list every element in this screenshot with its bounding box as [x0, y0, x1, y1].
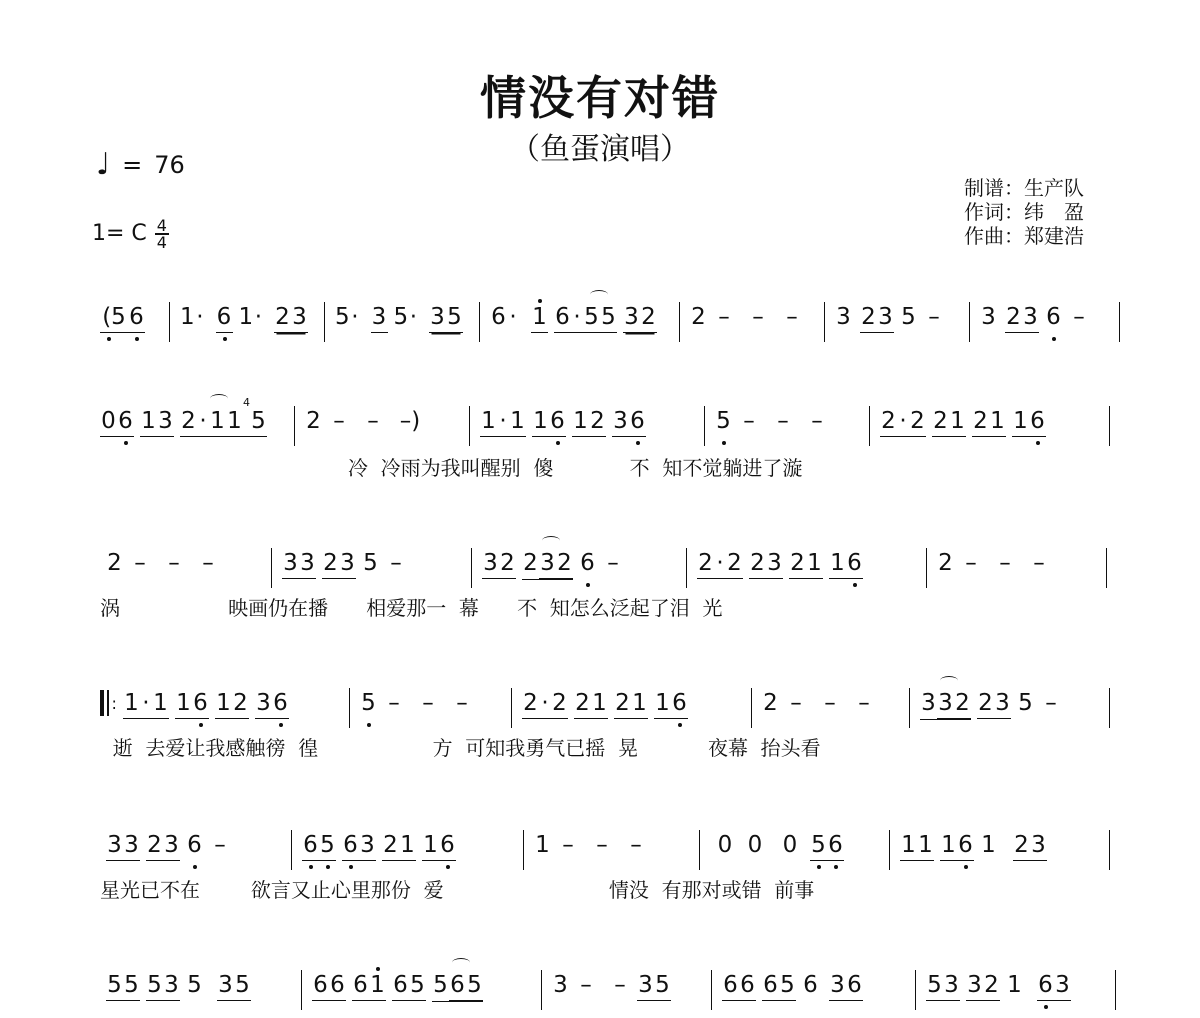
staff-line-1: (5 6 1 · 6 1 · 2 3 5 · 3 5 · 3 5 6 · 1 — [100, 302, 1120, 342]
note: 6 — [329, 970, 346, 1000]
note: 5 — [779, 970, 796, 1000]
measure: 6 6 6 1 6 5 5 6 5 — [302, 970, 542, 1010]
rest: 0 — [740, 830, 770, 860]
note-group: 2 3 — [1013, 830, 1047, 861]
note: 3 — [163, 970, 180, 1000]
credit-composer: 作曲：郑建浩 — [964, 224, 1084, 248]
note: 6 — [549, 406, 566, 436]
note-group: 5 6 5 — [432, 970, 483, 1002]
credit-value: 郑建浩 — [1024, 224, 1084, 248]
note: 6 — [449, 970, 466, 1001]
extension-dash: – — [707, 302, 741, 332]
note: 2 — [690, 302, 707, 332]
note-group: 3 5 — [429, 302, 463, 333]
note-group: 3 — [371, 302, 388, 333]
note: 3 — [1022, 302, 1039, 332]
note: 5 — [234, 970, 251, 1000]
note: 1 — [422, 830, 439, 860]
measure: 2 – – – — [927, 548, 1107, 588]
measure: 1 – – – — [524, 830, 700, 870]
note: 2 — [640, 302, 657, 332]
note: 3 — [835, 302, 852, 332]
augmentation-dot: · — [571, 302, 583, 332]
extension-dash: – — [847, 688, 881, 718]
measure: 1 · 1 1 6 1 2 3 6 — [470, 406, 705, 446]
extension-dash: – — [1022, 548, 1056, 578]
note-high: 1 — [531, 302, 548, 332]
note-group: 2 3 — [860, 302, 894, 333]
note-group: 6 6 — [722, 970, 756, 1001]
note: 2 — [726, 548, 743, 578]
slur-mark — [940, 676, 958, 685]
note: 3 — [766, 548, 783, 578]
measure: 5 – – – — [350, 688, 512, 728]
note-group: 1 · 1 — [480, 406, 526, 437]
note: 5 — [583, 302, 600, 332]
extension-dash: – — [813, 688, 847, 718]
note: (5 — [100, 302, 128, 332]
note: 3 — [299, 548, 316, 578]
note: 2 — [574, 688, 591, 718]
lyrics-line-2: 冷 冷雨为我叫醒别 傻 不 知不觉躺进了漩 — [100, 452, 1120, 481]
note: 6 — [272, 688, 289, 718]
note-group: 3 3 — [106, 830, 140, 861]
note: 3 — [829, 970, 846, 1000]
note: 2 — [232, 688, 249, 718]
note: 6 — [128, 302, 145, 332]
note: 1 — [215, 688, 232, 718]
note: 6 — [1029, 406, 1046, 436]
extension-dash: – — [766, 406, 800, 436]
measure: 5 · 3 5 · 3 5 — [325, 302, 480, 342]
augmentation-dot: · — [197, 406, 209, 436]
note: 2 — [909, 406, 926, 436]
rest: 0 — [770, 830, 810, 860]
measure: 2 – – – — [752, 688, 910, 728]
note-group: 1 6 — [940, 830, 974, 861]
time-signature: 4 4 — [155, 218, 169, 250]
note-group: 2 1 — [574, 688, 608, 719]
extension-dash: – — [157, 548, 191, 578]
note: 1 — [631, 688, 648, 718]
note: 5 — [810, 830, 827, 860]
augmentation-dot: · — [897, 406, 909, 436]
lyrics-line-4: 逝 去爱让我感触徬 徨 方 可知我勇气已摇 晃 夜幕 抬头看 — [100, 732, 1120, 761]
note: 3 — [980, 302, 997, 332]
note: 2 — [589, 406, 606, 436]
note: 2 — [614, 688, 631, 718]
note: 6 — [302, 830, 319, 860]
note: 6 — [352, 970, 369, 1000]
note: 6 — [827, 830, 844, 860]
note-group: 3 6 — [255, 688, 289, 719]
staff-line-2: 0 6 1 3 2 · 1 1 4 5 2 – – –) 1 · 1 1 6 — [100, 406, 1120, 446]
note: 3 — [1030, 830, 1047, 860]
note: 1 — [829, 548, 846, 578]
extension-dash: – — [596, 548, 630, 578]
note: 2 — [880, 406, 897, 436]
note: 6 — [1037, 970, 1054, 1000]
extension-dash: – — [741, 302, 775, 332]
rest: 0 — [710, 830, 740, 860]
note: 1 — [239, 302, 254, 332]
measure: 5 5 5 3 5 3 5 — [100, 970, 302, 1010]
note-group: 2 1 — [382, 830, 416, 861]
augmentation-dot: · — [539, 688, 551, 718]
note: 5 — [362, 548, 379, 578]
note: 5 — [186, 970, 203, 1000]
tempo-marking: ♩ = 76 — [96, 150, 185, 180]
note: 5 — [360, 688, 377, 718]
extension-dash: – — [775, 302, 809, 332]
note-group: 3 3 2 — [920, 688, 971, 720]
note: 3 — [291, 302, 308, 332]
note: 6 — [186, 830, 203, 860]
note-group: 1 2 — [215, 688, 249, 719]
measure: 1 1 1 6 1 2 3 — [890, 830, 1110, 870]
note-group: 1 3 — [140, 406, 174, 437]
slur-mark — [542, 536, 560, 545]
note: 5 — [926, 970, 943, 1000]
note: 5 — [146, 970, 163, 1000]
note-group: 2 1 — [932, 406, 966, 437]
staff-line-6: 5 5 5 3 5 3 5 6 6 6 1 6 5 5 6 5 — [100, 970, 1120, 1010]
note-group: 2 · 2 — [522, 688, 568, 719]
note: 3 — [157, 406, 174, 436]
note: 5 — [600, 302, 617, 332]
note-group: 3 2 — [966, 970, 1000, 1001]
note: 2 — [522, 688, 539, 718]
augmentation-dot: · — [350, 302, 360, 332]
extension-dash: – — [322, 406, 356, 436]
note: 3 — [1054, 970, 1071, 1000]
note-group: 2 3 — [146, 830, 180, 861]
note: 3 — [123, 830, 140, 860]
note: 6 — [846, 970, 863, 1000]
note: 2 — [274, 302, 291, 332]
note: 1 — [1012, 406, 1029, 436]
note: 1 — [591, 688, 608, 718]
measure: 2 – – –) — [295, 406, 470, 446]
note: 3 — [612, 406, 629, 436]
note: 1 — [917, 830, 934, 860]
note: 6 — [846, 548, 863, 578]
measure: 0 6 1 3 2 · 1 1 4 5 — [100, 406, 295, 446]
note: 2 — [954, 688, 971, 719]
note-group: (5 6 — [100, 302, 145, 333]
extension-dash: – — [379, 548, 413, 578]
note: 2 — [556, 548, 573, 579]
tempo-bpm: 76 — [154, 151, 185, 179]
note: 3 — [877, 302, 894, 332]
extension-dash: – — [988, 548, 1022, 578]
note: 3 — [966, 970, 983, 1000]
note: 1 — [399, 830, 416, 860]
note: 6 — [439, 830, 456, 860]
extension-dash: – — [732, 406, 766, 436]
note: 5 — [250, 406, 267, 436]
note: 2 — [1013, 830, 1030, 860]
note-group: 3 5 — [217, 970, 251, 1001]
augmentation-dot: · — [507, 302, 519, 332]
note: 2 — [146, 830, 163, 860]
note: 3 — [937, 688, 954, 719]
note-group: 5 6 — [810, 830, 844, 861]
note: 1 — [1006, 970, 1023, 1000]
measure: 2 · 2 2 1 2 1 1 6 — [870, 406, 1110, 446]
note-group: 6 3 — [1037, 970, 1071, 1001]
note: 1 — [152, 688, 169, 718]
credit-label: 作词： — [964, 200, 1024, 224]
note: 5 — [446, 302, 463, 332]
extension-dash: – — [377, 688, 411, 718]
note: 2 — [972, 406, 989, 436]
note-group: 2 3 — [977, 688, 1011, 719]
note: 1 — [532, 406, 549, 436]
note: 3 — [429, 302, 446, 332]
note: 6 — [671, 688, 688, 718]
note: 2 — [937, 548, 954, 578]
note: 2 — [762, 688, 779, 718]
note: 6 — [957, 830, 974, 860]
note-group: 3 6 — [612, 406, 646, 437]
extension-dash: – — [569, 970, 603, 1000]
note: 6 — [579, 548, 596, 578]
note: 6 — [342, 830, 359, 860]
quarter-note-icon: ♩ — [96, 150, 110, 180]
lyrics-line-5: 星光已不在 欲言又止心里那份 爱 情没 有那对或错 前事 — [100, 874, 1120, 903]
measure: 2 – – – — [680, 302, 825, 342]
note-group: 1 6 — [532, 406, 566, 437]
note-group: 6 1 — [352, 970, 386, 1001]
note: 2 — [789, 548, 806, 578]
note: 1 — [180, 302, 195, 332]
note: 2 — [749, 548, 766, 578]
song-title: 情没有对错 — [0, 62, 1200, 128]
measure: 2 · 2 2 1 2 1 1 6 — [512, 688, 752, 728]
note: 3 — [106, 830, 123, 860]
note-group: 5 3 — [926, 970, 960, 1001]
note: 2 — [382, 830, 399, 860]
note: 2 — [322, 548, 339, 578]
note: 6 — [192, 688, 209, 718]
extension-dash: – — [619, 830, 653, 860]
note: 2 — [106, 548, 123, 578]
measure: 6 · 1 6 · 5 5 3 2 — [480, 302, 680, 342]
note-group: 3 2 — [623, 302, 657, 333]
note: 1 — [480, 406, 497, 436]
note: 1 — [226, 406, 243, 436]
note: 1 — [123, 688, 140, 718]
slur-mark — [452, 958, 470, 967]
key-signature: 1= C 4 4 — [92, 218, 169, 250]
note: 1 — [900, 830, 917, 860]
note: 2 — [305, 406, 322, 436]
extension-dash: –) — [390, 406, 430, 436]
note: 2 — [977, 688, 994, 718]
note: 5 — [715, 406, 732, 436]
measure: 3 2 2 3 2 6 – — [472, 548, 687, 588]
measure: : 1 · 1 1 6 1 2 3 6 — [100, 688, 350, 728]
note: 6 — [722, 970, 739, 1000]
note: 3 — [994, 688, 1011, 718]
note-group: 2 1 — [614, 688, 648, 719]
note: 6 — [739, 970, 756, 1000]
note: 6 — [802, 970, 819, 1000]
note-group: 6 5 — [392, 970, 426, 1001]
extension-dash: – — [585, 830, 619, 860]
augmentation-dot: · — [195, 302, 205, 332]
grace-note: 4 — [243, 396, 250, 426]
time-signature-bottom: 4 — [157, 235, 167, 250]
note: 3 — [482, 548, 499, 578]
note: 5 — [106, 970, 123, 1000]
note: 2 — [932, 406, 949, 436]
note: 3 — [359, 830, 376, 860]
note: 1 — [980, 830, 997, 860]
note-group: 6 3 — [342, 830, 376, 861]
measure: 0 0 0 5 6 — [700, 830, 890, 870]
note-group: 2 3 — [274, 302, 308, 333]
note: 3 — [623, 302, 640, 332]
credit-lyricist: 作词：纬 盈 — [964, 200, 1084, 224]
note: 5 — [123, 970, 140, 1000]
note: 6 — [117, 406, 134, 436]
note: 3 — [371, 302, 388, 332]
note-group: 2 3 — [749, 548, 783, 579]
staff-line-5: 3 3 2 3 6 – 6 5 6 3 2 1 1 6 1 – – – — [100, 830, 1120, 870]
note-group: 1 1 — [900, 830, 934, 861]
note: 5 — [466, 970, 483, 1001]
note: 6 — [1045, 302, 1062, 332]
note-group: 6 6 — [312, 970, 346, 1001]
note: 2 — [697, 548, 714, 578]
note: 2 — [551, 688, 568, 718]
note-group: 6 — [216, 302, 233, 333]
note-group: 2 · 2 — [697, 548, 743, 579]
note-group: 3 6 — [829, 970, 863, 1001]
note: 6 — [312, 970, 329, 1000]
note: 1 — [806, 548, 823, 578]
augmentation-dot: · — [714, 548, 726, 578]
measure: 2 – – – — [100, 548, 272, 588]
note-group: 6 5 — [762, 970, 796, 1001]
extension-dash: – — [800, 406, 834, 436]
note: 3 — [163, 830, 180, 860]
note-group: 2 · 2 — [880, 406, 926, 437]
measure: 5 – – – — [705, 406, 870, 446]
staff-line-4: : 1 · 1 1 6 1 2 3 6 5 – – – 2 · 2 2 — [100, 688, 1120, 728]
extension-dash: – — [356, 406, 390, 436]
note: 6 — [216, 302, 233, 332]
note-group: 6 · 5 5 — [554, 302, 617, 333]
extension-dash: – — [445, 688, 479, 718]
extension-dash: – — [954, 548, 988, 578]
note: 6 — [392, 970, 409, 1000]
note: 2 — [860, 302, 877, 332]
note-group: 1 2 — [572, 406, 606, 437]
augmentation-dot: · — [408, 302, 418, 332]
note-group: 1 6 — [175, 688, 209, 719]
note: 0 — [100, 406, 117, 436]
measure: 3 2 3 6 – — [970, 302, 1120, 342]
extension-dash: – — [123, 548, 157, 578]
credit-value: 纬 盈 — [1024, 200, 1084, 224]
note: 6 — [554, 302, 571, 332]
note-group: 3 5 — [637, 970, 671, 1001]
note-group: 2 3 — [1005, 302, 1039, 333]
note: 1 — [534, 830, 551, 860]
credit-label: 制谱： — [964, 176, 1024, 200]
measure: 3 2 3 5 – — [825, 302, 970, 342]
note: 1 — [940, 830, 957, 860]
extension-dash: – — [1062, 302, 1096, 332]
credit-value: 生产队 — [1024, 176, 1084, 200]
extension-dash: – — [1034, 688, 1068, 718]
note: 2 — [1005, 302, 1022, 332]
measure: 2 · 2 2 3 2 1 1 6 — [687, 548, 927, 588]
note: 2 — [983, 970, 1000, 1000]
note-group: 1 · 1 — [123, 688, 169, 719]
note: 5 — [654, 970, 671, 1000]
extension-dash: – — [191, 548, 225, 578]
note-group: 1 6 — [1012, 406, 1046, 437]
note: 5 — [335, 302, 350, 332]
note-group: 5 3 — [146, 970, 180, 1001]
note: 3 — [539, 548, 556, 579]
slur-mark — [210, 394, 228, 403]
note: 3 — [637, 970, 654, 1000]
credits-block: 制谱：生产队 作词：纬 盈 作曲：郑建浩 — [964, 176, 1084, 248]
key-label: 1= C — [92, 221, 147, 246]
note: 1 — [654, 688, 671, 718]
note: 6 — [490, 302, 507, 332]
extension-dash: – — [917, 302, 951, 332]
extension-dash: – — [203, 830, 237, 860]
lyrics-line-3: 涡 映画仍在播 相爱那一 幕 不 知怎么泛起了泪 光 — [100, 592, 1120, 621]
credit-notation: 制谱：生产队 — [964, 176, 1084, 200]
staff-line-3: 2 – – – 3 3 2 3 5 – 3 2 2 3 2 6 – 2 — [100, 548, 1120, 588]
note: 5 — [394, 302, 409, 332]
note-group: 2 · 1 1 4 5 — [180, 406, 267, 437]
time-signature-top: 4 — [157, 218, 167, 233]
note-group: 1 — [531, 302, 548, 333]
note-group: 2 3 2 — [522, 548, 573, 580]
note: 3 — [282, 548, 299, 578]
note: 3 — [943, 970, 960, 1000]
extension-dash: – — [779, 688, 813, 718]
slur-mark — [590, 290, 608, 299]
note: 2 — [180, 406, 197, 436]
note: 6 — [762, 970, 779, 1000]
note-group: 3 2 — [482, 548, 516, 579]
note: 1 — [989, 406, 1006, 436]
credit-label: 作曲： — [964, 224, 1024, 248]
measure: (5 6 — [100, 302, 170, 342]
measure: 3 3 2 2 3 5 – — [910, 688, 1110, 728]
note-group: 1 6 — [654, 688, 688, 719]
note: 3 — [255, 688, 272, 718]
measure: 3 3 2 3 5 – — [272, 548, 472, 588]
note: 1 — [509, 406, 526, 436]
measure: 3 – – 3 5 — [542, 970, 712, 1010]
augmentation-dot: · — [253, 302, 263, 332]
note: 3 — [217, 970, 234, 1000]
note-group: 1 6 — [422, 830, 456, 861]
note-group: 5 5 — [106, 970, 140, 1001]
extension-dash: – — [551, 830, 585, 860]
extension-dash: – — [411, 688, 445, 718]
